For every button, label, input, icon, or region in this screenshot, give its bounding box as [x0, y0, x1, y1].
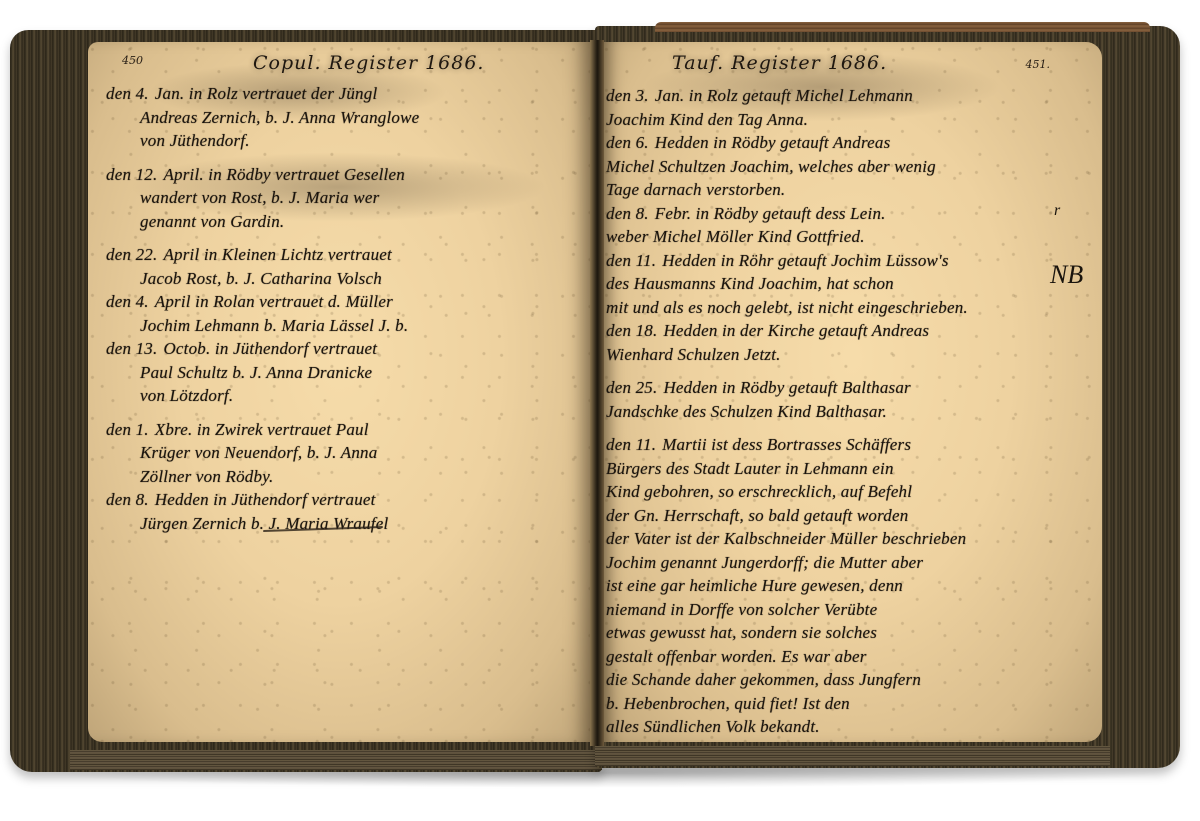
- entry-line: von Lötzdorf.: [106, 384, 586, 408]
- entry-line: den 18.Hedden in der Kirche getauft Andr…: [606, 319, 1066, 343]
- right-page-number: 451.: [1026, 58, 1051, 71]
- entry-line: den 8.Hedden in Jüthendorf vertrauet: [106, 488, 586, 512]
- entry-line: Michel Schultzen Joachim, welches aber w…: [606, 155, 1066, 179]
- entry-line: Joachim Kind den Tag Anna.: [606, 108, 1066, 132]
- entry-line: ist eine gar heimliche Hure gewesen, den…: [606, 574, 1066, 598]
- entry-line: Jochim genannt Jungerdorff; die Mutter a…: [606, 551, 1066, 575]
- open-book: 450 Copul. Register 1686. den 4.Jan. in …: [10, 24, 1180, 776]
- entry-line: den 11.Martii ist dess Bortrasses Schäff…: [606, 433, 1066, 457]
- entry-line: des Hausmanns Kind Joachim, hat schon: [606, 272, 1066, 296]
- entry-line: Wienhard Schulzen Jetzt.: [606, 343, 1066, 367]
- left-bottom-edge: [70, 750, 602, 770]
- margin-note-mark: r: [1054, 202, 1060, 220]
- entry-line: der Gn. Herrschaft, so bald getauft word…: [606, 504, 1066, 528]
- entry-line: den 22.April in Kleinen Lichtz vertrauet: [106, 243, 586, 267]
- entry-line: niemand in Dorffe von solcher Verübte: [606, 598, 1066, 622]
- entry-line: der Vater ist der Kalbschneider Müller b…: [606, 527, 1066, 551]
- entry-line: den 11.Hedden in Röhr getauft Jochim Lüs…: [606, 249, 1066, 273]
- margin-note-nb: NB: [1050, 260, 1083, 290]
- entry-line: Bürgers des Stadt Lauter in Lehmann ein: [606, 457, 1066, 481]
- right-top-edge: [655, 22, 1150, 32]
- entry-line: den 8.Febr. in Rödby getauft dess Lein.: [606, 202, 1066, 226]
- entry-line: Paul Schultz b. J. Anna Dranicke: [106, 361, 586, 385]
- entry-line: mit und als es noch gelebt, ist nicht ei…: [606, 296, 1066, 320]
- entry-line: den 13.Octob. in Jüthendorf vertrauet: [106, 337, 586, 361]
- entry-line: Andreas Zernich, b. J. Anna Wranglowe: [106, 106, 586, 130]
- entry-line: den 12.April. in Rödby vertrauet Geselle…: [106, 163, 586, 187]
- right-page: 451. Tauf. Register 1686. den 3.Jan. in …: [602, 42, 1102, 742]
- right-bottom-edge: [595, 746, 1110, 766]
- right-page-header: Tauf. Register 1686.: [672, 52, 887, 74]
- entry-line: gestalt offenbar worden. Es war aber: [606, 645, 1066, 669]
- entry-line: weber Michel Möller Kind Gottfried.: [606, 225, 1066, 249]
- entry-line: den 1.Xbre. in Zwirek vertrauet Paul: [106, 418, 586, 442]
- entry-line: Jacob Rost, b. J. Catharina Volsch: [106, 267, 586, 291]
- left-page-number: 450: [122, 54, 143, 67]
- left-page: 450 Copul. Register 1686. den 4.Jan. in …: [88, 42, 592, 742]
- book-gutter: [590, 40, 604, 746]
- entry-line: alles Sündlichen Volk bekandt.: [606, 715, 1066, 739]
- entry-line: Jandschke des Schulzen Kind Balthasar.: [606, 400, 1066, 424]
- entry-line: Tage darnach verstorben.: [606, 178, 1066, 202]
- entry-line: den 4.April in Rolan vertrauet d. Müller: [106, 290, 586, 314]
- entry-line: Zöllner von Rödby.: [106, 465, 586, 489]
- left-page-entries: den 4.Jan. in Rolz vertrauet der Jüngl A…: [106, 82, 586, 535]
- entry-line: Kind gebohren, so erschrecklich, auf Bef…: [606, 480, 1066, 504]
- entry-line: Krüger von Neuendorf, b. J. Anna: [106, 441, 586, 465]
- entry-line: den 25.Hedden in Rödby getauft Balthasar: [606, 376, 1066, 400]
- entry-line: b. Hebenbrochen, quid fiet! Ist den: [606, 692, 1066, 716]
- entry-line: die Schande daher gekommen, dass Jungfer…: [606, 668, 1066, 692]
- entry-line: genannt von Gardin.: [106, 210, 586, 234]
- left-page-header: Copul. Register 1686.: [253, 52, 484, 74]
- right-page-entries: den 3.Jan. in Rolz getauft Michel Lehman…: [606, 84, 1066, 739]
- entry-line: Jochim Lehmann b. Maria Lässel J. b.: [106, 314, 586, 338]
- entry-line: den 6.Hedden in Rödby getauft Andreas: [606, 131, 1066, 155]
- entry-line: von Jüthendorf.: [106, 129, 586, 153]
- entry-line: Jürgen Zernich b. J. Maria Wraufel: [106, 512, 586, 536]
- entry-line: den 4.Jan. in Rolz vertrauet der Jüngl: [106, 82, 586, 106]
- entry-line: den 3.Jan. in Rolz getauft Michel Lehman…: [606, 84, 1066, 108]
- entry-line: etwas gewusst hat, sondern sie solches: [606, 621, 1066, 645]
- entry-line: wandert von Rost, b. J. Maria wer: [106, 186, 586, 210]
